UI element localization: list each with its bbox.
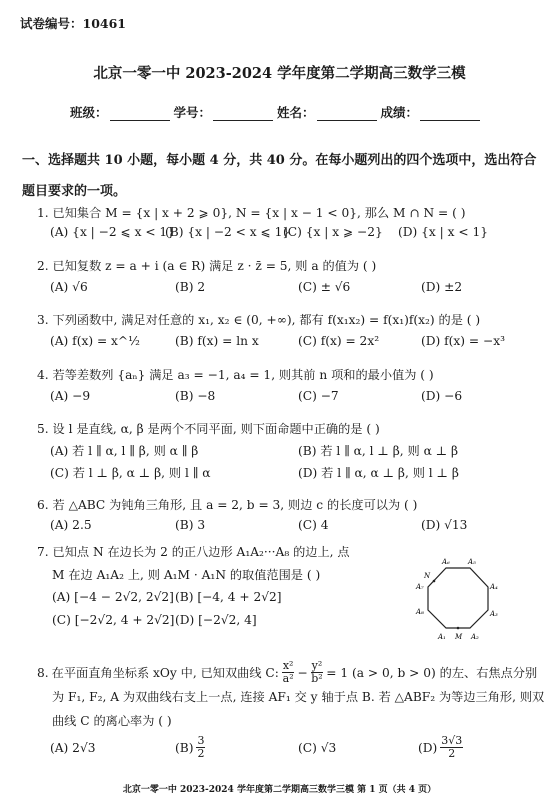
q3-option-d[interactable]: (D) f(x) = −x³ [421, 334, 505, 348]
q8-option-d[interactable]: (D) 3√32 [418, 735, 463, 760]
q3-option-b[interactable]: (B) f(x) = ln x [175, 334, 259, 348]
question-stem: 若等差数列 {aₙ} 满足 a₃ = −1, a₄ = 1, 则其前 n 项和的… [53, 368, 434, 382]
q8-stem-line3: 曲线 C 的离心率为 ( ) [52, 712, 172, 729]
exam-title: 北京一零一中 2023-2024 学年度第二学期高三数学三模 [0, 62, 559, 83]
name-label: 姓名： [277, 103, 315, 121]
option-letter: (B) [175, 741, 193, 755]
question-number: 4. [37, 368, 49, 382]
q4-option-b[interactable]: (B) −8 [175, 389, 215, 403]
score-label: 成绩： [381, 103, 419, 121]
q2-option-d[interactable]: (D) ±2 [421, 280, 462, 294]
question-stem: 下列函数中, 满足对任意的 x₁, x₂ ∈ (0, +∞), 都有 f(x₁x… [53, 313, 481, 327]
section-heading: 一、选择题共 10 小题，每小题 4 分，共 40 分。在每小题列出的四个选项中… [22, 145, 547, 207]
label-a7: A₇ [415, 583, 424, 591]
question-7: 7. 已知点 N 在边长为 2 的正八边形 A₁A₂···A₈ 的边上, 点 [37, 543, 350, 560]
question-1: 1. 已知集合 M = {x | x + 2 ⩾ 0}, N = {x | x … [37, 204, 465, 221]
fraction-3sqrt3-2: 3√32 [440, 735, 463, 760]
label-a6: A₆ [441, 558, 450, 566]
point-m [457, 627, 460, 630]
question-number: 8. [37, 666, 49, 680]
question-number: 2. [37, 259, 49, 273]
q2-option-b[interactable]: (B) 2 [175, 280, 205, 294]
class-label: 班级： [70, 103, 108, 121]
student-id-label: 学号： [174, 103, 212, 121]
question-4: 4. 若等差数列 {aₙ} 满足 a₃ = −1, a₄ = 1, 则其前 n … [37, 366, 434, 383]
label-a2: A₂ [470, 633, 479, 641]
q8-stem-line2: 为 F₁, F₂, A 为双曲线右支上一点, 连接 AF₁ 交 y 轴于点 B.… [52, 688, 544, 705]
label-a8: A₈ [415, 608, 424, 616]
frac-denominator: a² [283, 673, 294, 685]
q5-option-a[interactable]: (A) 若 l ∥ α, l ∥ β, 则 α ∥ β [50, 442, 198, 459]
page-footer: 北京一零一中 2023-2024 学年度第二学期高三数学三模 第 1 页（共 4… [0, 782, 559, 795]
label-a4: A₄ [489, 583, 498, 591]
frac-denominator: 2 [448, 748, 455, 760]
q5-option-d[interactable]: (D) 若 l ∥ α, α ⊥ β, 则 l ⊥ β [298, 464, 459, 481]
question-6: 6. 若 △ABC 为钝角三角形, 且 a = 2, b = 3, 则边 c 的… [37, 496, 417, 513]
minus-sign: − [297, 666, 307, 680]
label-a5: A₅ [467, 558, 476, 566]
q1-option-a[interactable]: (A) {x | −2 ⩽ x < 1} [50, 225, 175, 239]
student-id-blank[interactable] [213, 108, 273, 121]
q4-option-d[interactable]: (D) −6 [421, 389, 462, 403]
question-3: 3. 下列函数中, 满足对任意的 x₁, x₂ ∈ (0, +∞), 都有 f(… [37, 311, 480, 328]
question-number: 3. [37, 313, 49, 327]
question-stem: 若 △ABC 为钝角三角形, 且 a = 2, b = 3, 则边 c 的长度可… [53, 498, 418, 512]
q1-option-c[interactable]: (C) {x | x ⩾ −2} [283, 225, 383, 239]
option-letter: (D) [418, 741, 437, 755]
score-blank[interactable] [420, 108, 480, 121]
frac-denominator: b² [311, 673, 322, 685]
q6-option-b[interactable]: (B) 3 [175, 518, 205, 532]
question-number: 5. [37, 422, 49, 436]
q7-option-c[interactable]: (C) [−2√2, 4 + 2√2] [52, 613, 174, 627]
student-info-row: 班级： 学号： 姓名： 成绩： [70, 103, 484, 121]
q8-option-b[interactable]: (B) 32 [175, 735, 205, 760]
q8-option-a[interactable]: (A) 2√3 [50, 741, 95, 755]
name-field: 姓名： [277, 103, 377, 121]
q7-stem-line2: M 在边 A₁A₂ 上, 则 A₁M · A₁N 的取值范围是 ( ) [52, 566, 320, 583]
q8-stem-part2: = 1 (a > 0, b > 0) 的左、右焦点分别 [326, 664, 537, 681]
fraction-y2-b2: y²b² [311, 660, 324, 685]
question-stem: 已知复数 z = a + i (a ∈ R) 满足 z · z̄ = 5, 则 … [53, 259, 377, 273]
question-2: 2. 已知复数 z = a + i (a ∈ R) 满足 z · z̄ = 5,… [37, 257, 376, 274]
class-blank[interactable] [110, 108, 170, 121]
q1-option-b[interactable]: (B) {x | −2 < x ⩽ 1} [165, 225, 290, 239]
octagon-figure: A₁ A₂ A₃ A₄ A₅ A₆ A₇ A₈ M N [412, 552, 537, 642]
q3-option-a[interactable]: (A) f(x) = x^½ [50, 334, 140, 348]
frac-denominator: 2 [197, 748, 204, 760]
question-number: 6. [37, 498, 49, 512]
q6-option-a[interactable]: (A) 2.5 [50, 518, 92, 532]
label-a1: A₁ [437, 633, 446, 641]
score-field: 成绩： [381, 103, 481, 121]
question-stem: 已知集合 M = {x | x + 2 ⩾ 0}, N = {x | x − 1… [53, 206, 466, 220]
question-stem: 设 l 是直线, α, β 是两个不同平面, 则下面命题中正确的是 ( ) [53, 422, 380, 436]
q2-option-a[interactable]: (A) √6 [50, 280, 88, 294]
label-a3: A₃ [489, 610, 498, 618]
q1-option-d[interactable]: (D) {x | x < 1} [398, 225, 488, 239]
q5-option-c[interactable]: (C) 若 l ⊥ β, α ⊥ β, 则 l ∥ α [50, 464, 210, 481]
q6-option-d[interactable]: (D) √13 [421, 518, 467, 532]
question-number: 7. [37, 545, 49, 559]
q4-option-c[interactable]: (C) −7 [298, 389, 339, 403]
name-blank[interactable] [317, 108, 377, 121]
q7-option-a[interactable]: (A) [−4 − 2√2, 2√2] [52, 590, 174, 604]
q7-option-b[interactable]: (B) [−4, 4 + 2√2] [175, 590, 282, 604]
point-n [433, 580, 436, 583]
fraction-x2-a2: x²a² [282, 660, 295, 685]
question-5: 5. 设 l 是直线, α, β 是两个不同平面, 则下面命题中正确的是 ( ) [37, 420, 380, 437]
q6-option-c[interactable]: (C) 4 [298, 518, 328, 532]
fraction-3-2: 32 [196, 735, 205, 760]
q4-option-a[interactable]: (A) −9 [50, 389, 90, 403]
q5-option-b[interactable]: (B) 若 l ∥ α, l ⊥ β, 则 α ⊥ β [298, 442, 458, 459]
q3-option-c[interactable]: (C) f(x) = 2x² [298, 334, 379, 348]
q7-option-d[interactable]: (D) [−2√2, 4] [175, 613, 257, 627]
question-8: 8. 在平面直角坐标系 xOy 中, 已知双曲线 C: x²a² − y²b² … [37, 660, 537, 685]
label-n: N [423, 572, 431, 580]
label-m: M [454, 633, 463, 641]
student-id-field: 学号： [174, 103, 274, 121]
class-field: 班级： [70, 103, 170, 121]
q2-option-c[interactable]: (C) ± √6 [298, 280, 350, 294]
q8-option-c[interactable]: (C) √3 [298, 741, 336, 755]
question-number: 1. [37, 206, 49, 220]
q8-stem-part1: 在平面直角坐标系 xOy 中, 已知双曲线 C: [52, 664, 279, 681]
octagon-shape [428, 568, 488, 628]
question-stem-line1: 已知点 N 在边长为 2 的正八边形 A₁A₂···A₈ 的边上, 点 [53, 545, 350, 559]
paper-code: 试卷编号：10461 [20, 14, 126, 32]
